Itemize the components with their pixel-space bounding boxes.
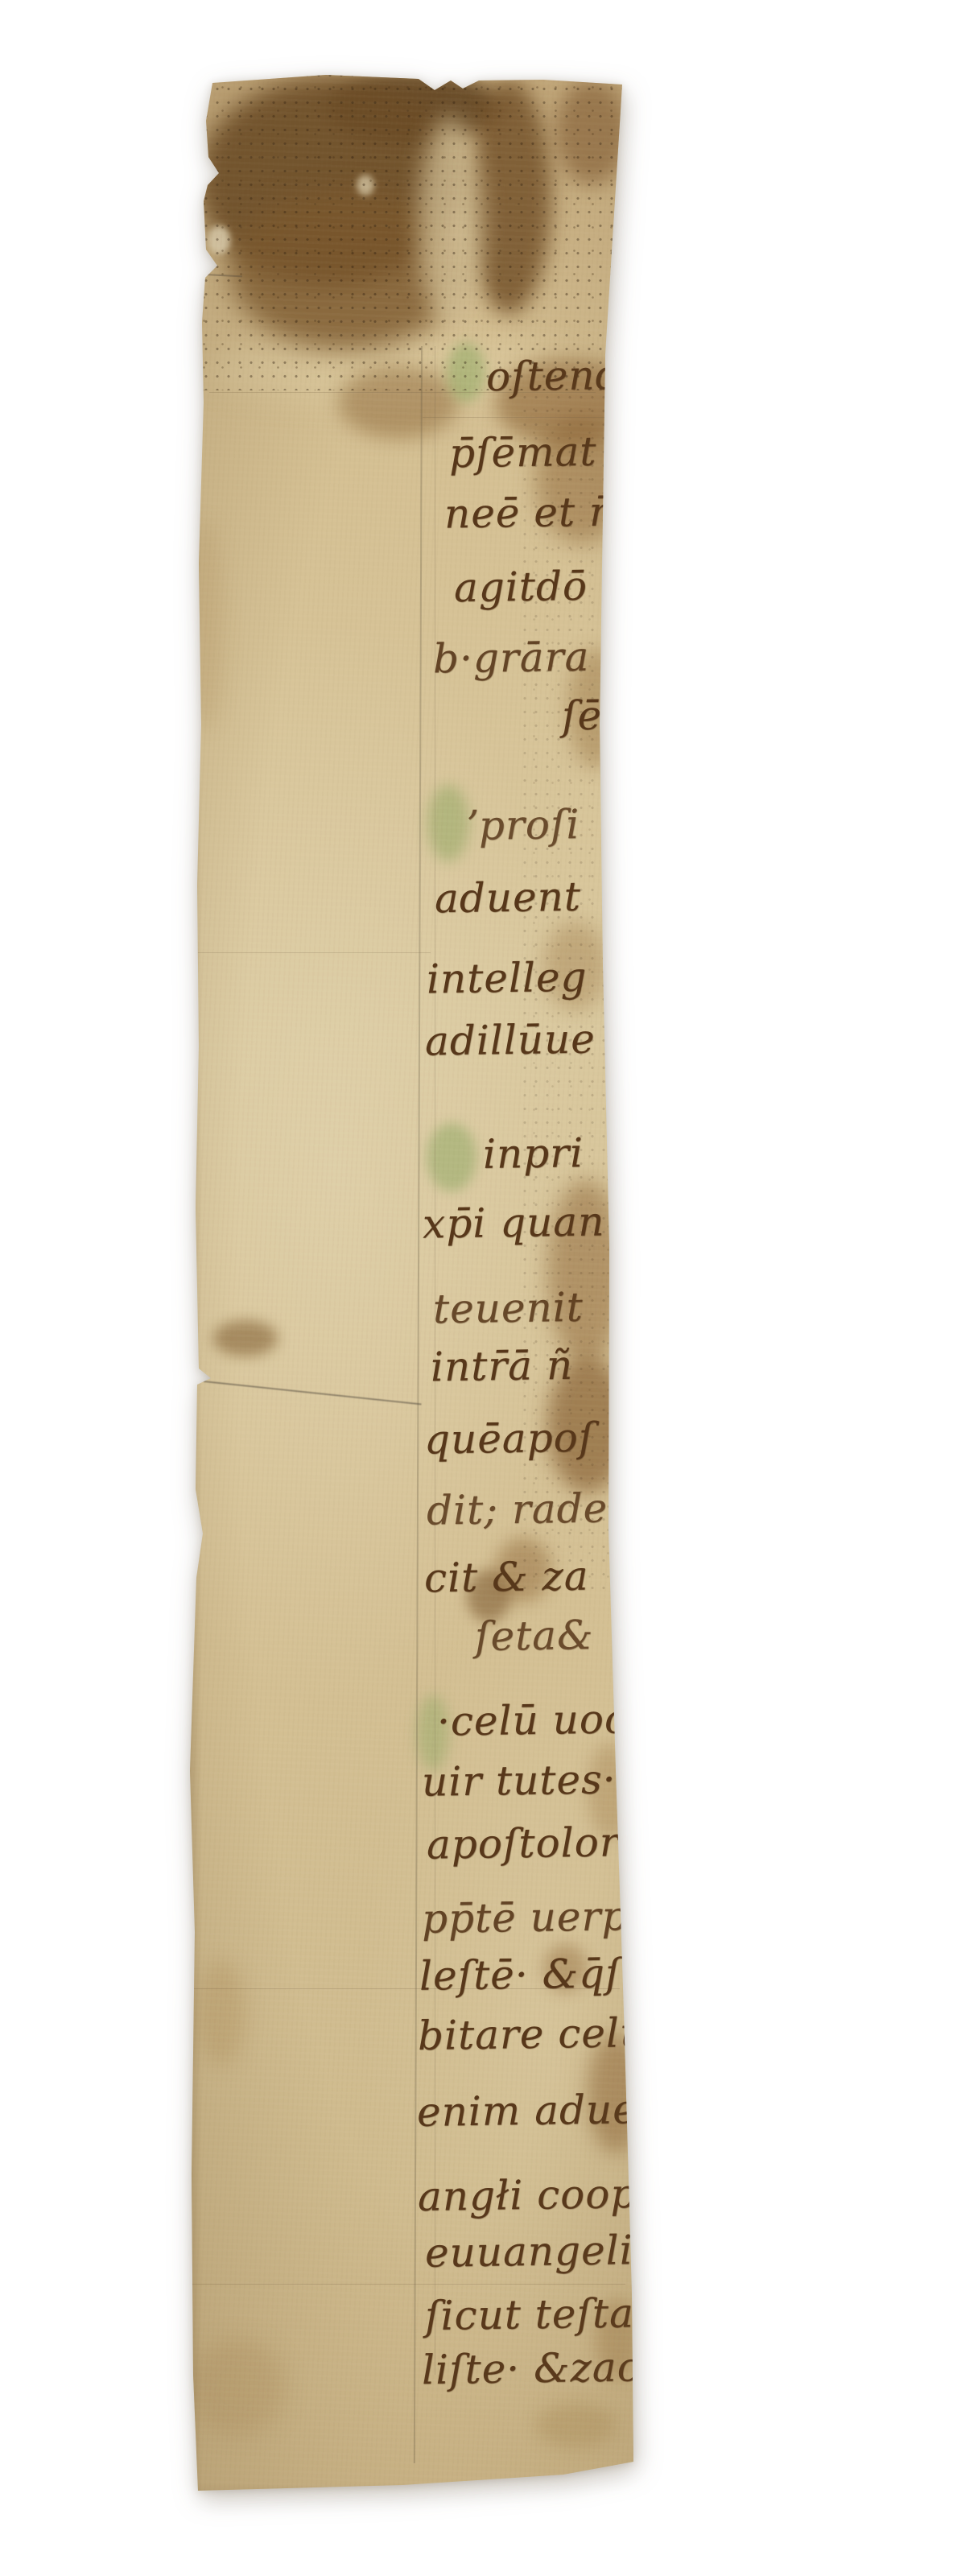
edge-vignette [181,68,696,2508]
parchment-fragment: oſtend p̄ſēmat neē et n̄ agitdō b·grāra … [181,68,696,2508]
parchment-surface: oſtend p̄ſēmat neē et n̄ agitdō b·grāra … [181,68,696,2508]
page-background: oſtend p̄ſēmat neē et n̄ agitdō b·grāra … [0,0,957,2576]
